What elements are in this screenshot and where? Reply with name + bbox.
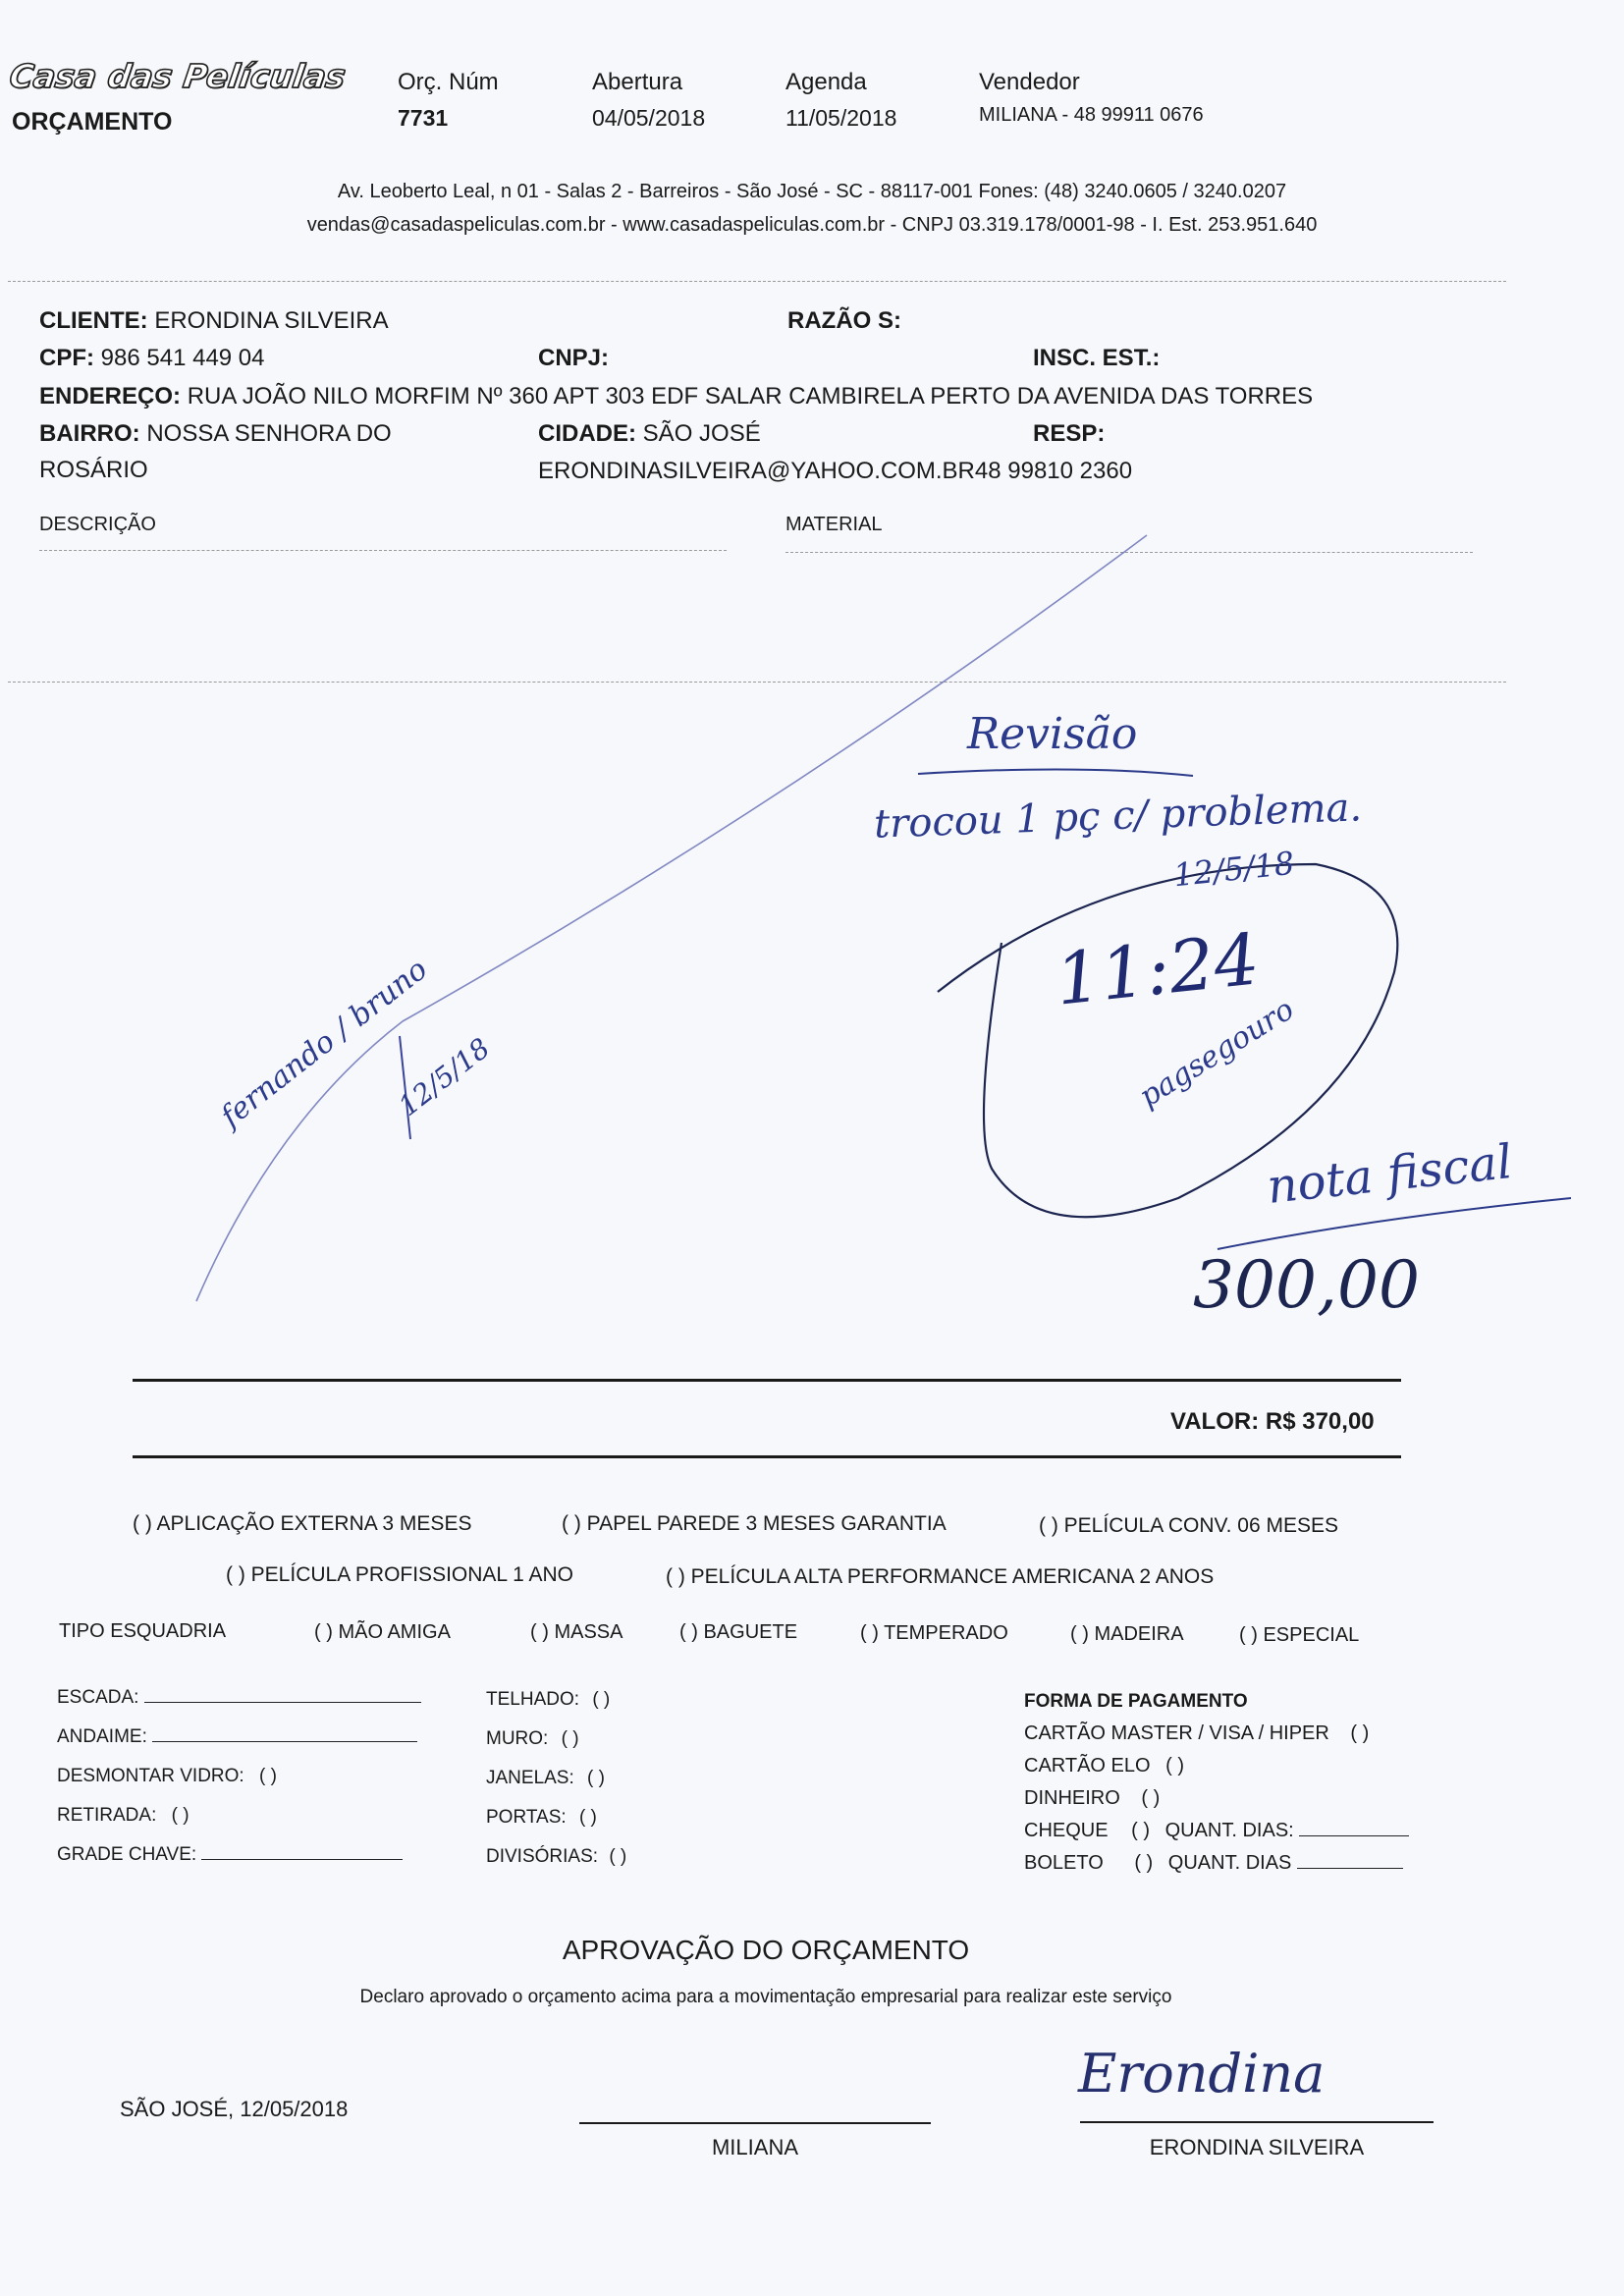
checkbox-mark[interactable]: ( )	[562, 1728, 579, 1749]
payment-cartao-master[interactable]: CARTÃO MASTER / VISA / HIPER ( )	[1024, 1722, 1369, 1745]
option-label: BAGUETE	[703, 1621, 797, 1643]
client-signature-name: ERONDINA SILVEIRA	[1080, 2135, 1434, 2160]
esquadria-baguete[interactable]: ( ) BAGUETE	[679, 1621, 797, 1644]
handwritten-amount: 300,00	[1193, 1247, 1420, 1323]
esquadria-temperado[interactable]: ( ) TEMPERADO	[860, 1622, 1008, 1645]
checkbox-mark[interactable]: ( )	[666, 1565, 685, 1588]
telhado-field[interactable]: TELHADO: ( )	[486, 1689, 610, 1711]
checkbox-mark[interactable]: ( )	[679, 1621, 698, 1643]
payment-cheque[interactable]: CHEQUE ( ) QUANT. DIAS:	[1024, 1820, 1409, 1842]
checkbox-mark[interactable]: ( )	[259, 1766, 277, 1786]
grade-chave-field[interactable]: GRADE CHAVE:	[57, 1844, 403, 1866]
checkbox-mark[interactable]: ( )	[1131, 1820, 1150, 1841]
seller-signature-name: MILIANA	[579, 2135, 931, 2160]
desmontar-vidro-label: DESMONTAR VIDRO:	[57, 1766, 244, 1786]
checkbox-mark[interactable]: ( )	[587, 1768, 605, 1788]
option-label: CARTÃO ELO	[1024, 1755, 1151, 1777]
andaime-input[interactable]	[152, 1741, 417, 1742]
checkbox-mark[interactable]: ( )	[1039, 1514, 1058, 1537]
checkbox-mark[interactable]: ( )	[314, 1621, 333, 1643]
checkbox-mark[interactable]: ( )	[530, 1621, 549, 1643]
option-label: CARTÃO MASTER / VISA / HIPER	[1024, 1722, 1329, 1744]
checkbox-mark[interactable]: ( )	[592, 1689, 610, 1710]
option-label: BOLETO	[1024, 1852, 1104, 1874]
escada-field[interactable]: ESCADA:	[57, 1687, 421, 1709]
checkbox-mark[interactable]: ( )	[1239, 1624, 1258, 1646]
checkbox-mark[interactable]: ( )	[562, 1512, 581, 1535]
esquadria-label: TIPO ESQUADRIA	[59, 1620, 226, 1643]
approval-title: APROVAÇÃO DO ORÇAMENTO	[0, 1935, 1532, 1966]
retirada-label: RETIRADA:	[57, 1805, 156, 1826]
option-label: MÃO AMIGA	[338, 1621, 450, 1643]
escada-input[interactable]	[144, 1702, 421, 1703]
escada-label: ESCADA:	[57, 1687, 138, 1708]
payment-boleto[interactable]: BOLETO ( ) QUANT. DIAS	[1024, 1852, 1403, 1875]
checkbox-mark[interactable]: ( )	[133, 1512, 152, 1535]
grade-chave-label: GRADE CHAVE:	[57, 1844, 196, 1865]
divisorias-label: DIVISÓRIAS:	[486, 1846, 598, 1867]
option-pelicula-profissional[interactable]: ( ) PELÍCULA PROFISSIONAL 1 ANO	[226, 1563, 573, 1587]
option-label: DINHEIRO	[1024, 1787, 1120, 1809]
option-label: TEMPERADO	[884, 1622, 1008, 1644]
checkbox-mark[interactable]: ( )	[579, 1807, 597, 1828]
option-label: MASSA	[554, 1621, 623, 1643]
portas-label: PORTAS:	[486, 1807, 567, 1828]
payment-dinheiro[interactable]: DINHEIRO ( )	[1024, 1787, 1160, 1810]
esquadria-mao-amiga[interactable]: ( ) MÃO AMIGA	[314, 1621, 451, 1644]
retirada-field[interactable]: RETIRADA: ( )	[57, 1805, 189, 1827]
option-pelicula-conv[interactable]: ( ) PELÍCULA CONV. 06 MESES	[1039, 1514, 1338, 1538]
quant-dias-label: QUANT. DIAS:	[1165, 1820, 1294, 1841]
checkbox-mark[interactable]: ( )	[609, 1846, 626, 1867]
checkbox-mark[interactable]: ( )	[172, 1805, 189, 1826]
place-date: SÃO JOSÉ, 12/05/2018	[120, 2097, 348, 2122]
option-aplicacao-externa[interactable]: ( ) APLICAÇÃO EXTERNA 3 MESES	[133, 1512, 471, 1536]
seller-signature-line	[579, 2122, 931, 2124]
client-signature: Erondina	[1078, 2043, 1325, 2105]
option-label: PAPEL PAREDE 3 MESES GARANTIA	[587, 1512, 947, 1535]
option-label: PELÍCULA ALTA PERFORMANCE AMERICANA 2 AN…	[691, 1565, 1215, 1588]
valor-top-rule	[133, 1379, 1401, 1382]
janelas-label: JANELAS:	[486, 1768, 574, 1788]
checkbox-mark[interactable]: ( )	[1070, 1623, 1089, 1645]
quant-dias-label: QUANT. DIAS	[1168, 1852, 1292, 1874]
telhado-label: TELHADO:	[486, 1689, 579, 1710]
option-papel-parede[interactable]: ( ) PAPEL PAREDE 3 MESES GARANTIA	[562, 1512, 947, 1536]
andaime-label: ANDAIME:	[57, 1726, 147, 1747]
valor-total: VALOR: R$ 370,00	[1170, 1408, 1375, 1436]
option-label: APLICAÇÃO EXTERNA 3 MESES	[157, 1512, 472, 1535]
grade-chave-input[interactable]	[201, 1859, 403, 1860]
handwritten-revisao: Revisão	[967, 709, 1137, 759]
portas-field[interactable]: PORTAS: ( )	[486, 1807, 597, 1829]
option-label: ESPECIAL	[1263, 1624, 1359, 1646]
valor-bottom-rule	[133, 1455, 1401, 1458]
option-label: PELÍCULA PROFISSIONAL 1 ANO	[251, 1563, 573, 1586]
checkbox-mark[interactable]: ( )	[1141, 1787, 1160, 1809]
client-signature-line	[1080, 2121, 1434, 2123]
divisorias-field[interactable]: DIVISÓRIAS: ( )	[486, 1846, 626, 1868]
checkbox-mark[interactable]: ( )	[860, 1622, 879, 1644]
payment-title: FORMA DE PAGAMENTO	[1024, 1691, 1248, 1713]
desmontar-vidro-field[interactable]: DESMONTAR VIDRO: ( )	[57, 1766, 277, 1787]
esquadria-madeira[interactable]: ( ) MADEIRA	[1070, 1623, 1184, 1646]
janelas-field[interactable]: JANELAS: ( )	[486, 1768, 605, 1789]
esquadria-especial[interactable]: ( ) ESPECIAL	[1239, 1624, 1359, 1647]
payment-cartao-elo[interactable]: CARTÃO ELO ( )	[1024, 1755, 1184, 1777]
muro-label: MURO:	[486, 1728, 548, 1749]
option-label: PELÍCULA CONV. 06 MESES	[1064, 1514, 1338, 1537]
option-pelicula-alta-performance[interactable]: ( ) PELÍCULA ALTA PERFORMANCE AMERICANA …	[666, 1565, 1214, 1589]
checkbox-mark[interactable]: ( )	[226, 1563, 245, 1586]
checkbox-mark[interactable]: ( )	[1350, 1722, 1369, 1744]
checkbox-mark[interactable]: ( )	[1134, 1852, 1153, 1874]
approval-statement: Declaro aprovado o orçamento acima para …	[0, 1987, 1532, 2008]
cheque-dias-input[interactable]	[1299, 1835, 1409, 1836]
andaime-field[interactable]: ANDAIME:	[57, 1726, 417, 1748]
esquadria-massa[interactable]: ( ) MASSA	[530, 1621, 623, 1644]
boleto-dias-input[interactable]	[1297, 1868, 1403, 1869]
checkbox-mark[interactable]: ( )	[1165, 1755, 1184, 1777]
option-label: CHEQUE	[1024, 1820, 1109, 1841]
muro-field[interactable]: MURO: ( )	[486, 1728, 579, 1750]
option-label: MADEIRA	[1094, 1623, 1183, 1645]
